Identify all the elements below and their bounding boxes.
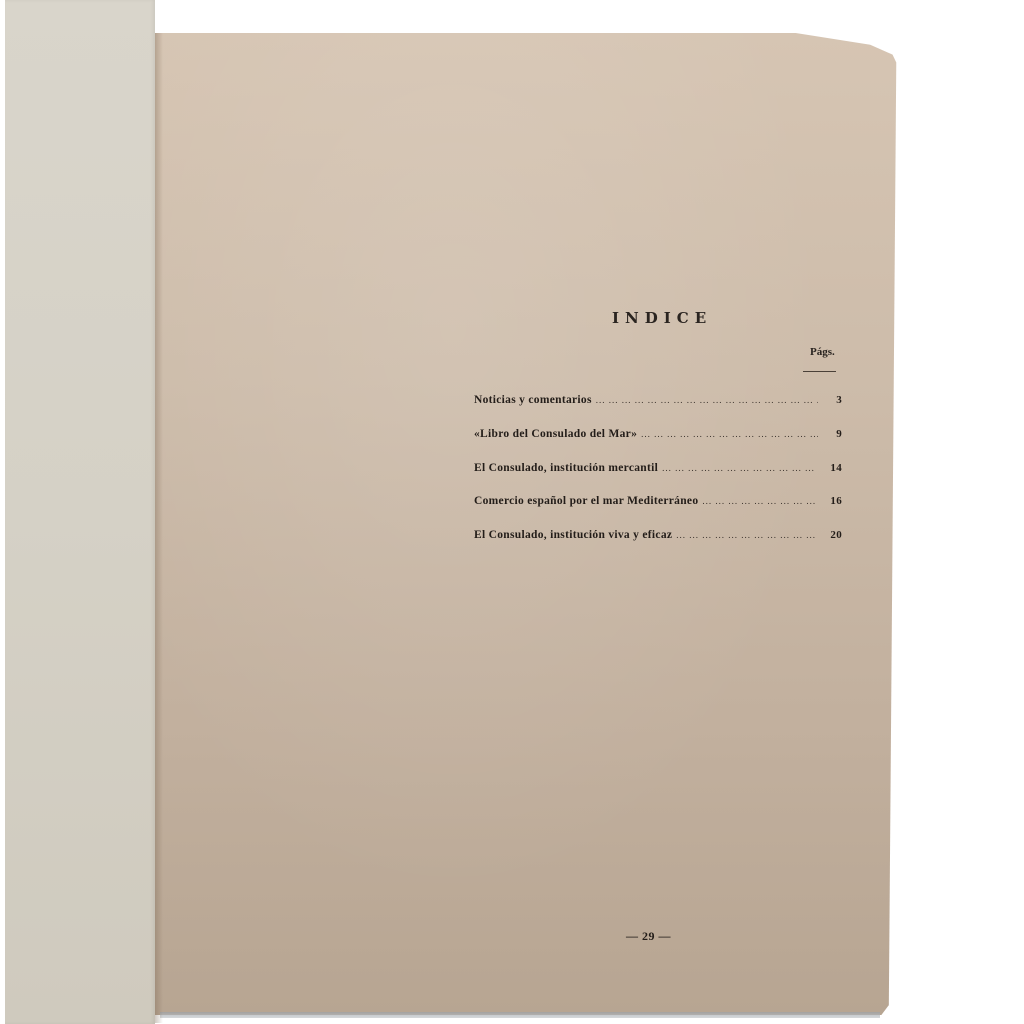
toc-entry-page: 14	[824, 462, 842, 474]
dot-leader: ... ... ... ... ... ... ... ... ... ... …	[596, 395, 818, 405]
book-page: INDICE Págs. Noticias y comentarios ... …	[155, 33, 900, 1015]
toc-entry-page: 9	[824, 428, 842, 440]
toc-entry: El Consulado, institución mercantil ... …	[474, 462, 842, 478]
toc-entry-title: El Consulado, institución mercantil	[474, 462, 658, 474]
dot-leader: ... ... ... ... ... ... ... ... ... ... …	[641, 429, 818, 439]
toc-entry: El Consulado, institución viva y eficaz …	[474, 529, 842, 545]
toc-entry-page: 16	[824, 495, 842, 507]
toc-entry-page: 20	[824, 529, 842, 541]
toc-entry: Noticias y comentarios ... ... ... ... .…	[474, 394, 842, 410]
toc-entry: «Libro del Consulado del Mar» ... ... ..…	[474, 428, 842, 444]
toc-entry-title: «Libro del Consulado del Mar»	[474, 428, 637, 440]
dot-leader: ... ... ... ... ... ... ... ... ... ... …	[676, 530, 818, 540]
toc-entry-title: El Consulado, institución viva y eficaz	[474, 529, 672, 541]
toc-entry-title: Comercio español por el mar Mediterráneo	[474, 495, 698, 507]
gutter-shadow	[155, 33, 163, 1023]
toc-entry-page: 3	[824, 394, 842, 406]
toc-heading: INDICE	[612, 309, 712, 327]
left-cover-page	[5, 0, 155, 1024]
toc-entry: Comercio español por el mar Mediterráneo…	[474, 495, 842, 511]
dot-leader: ... ... ... ... ... ... ... ... ... ... …	[702, 496, 818, 506]
toc-entry-title: Noticias y comentarios	[474, 394, 592, 406]
page-bottom-edge	[160, 1012, 880, 1018]
page-column-label: Págs.	[810, 346, 835, 358]
page-number-folio: — 29 —	[626, 929, 671, 944]
page-column-rule	[803, 371, 836, 372]
photo-scene: INDICE Págs. Noticias y comentarios ... …	[0, 0, 1024, 1024]
dot-leader: ... ... ... ... ... ... ... ... ... ... …	[662, 463, 818, 473]
